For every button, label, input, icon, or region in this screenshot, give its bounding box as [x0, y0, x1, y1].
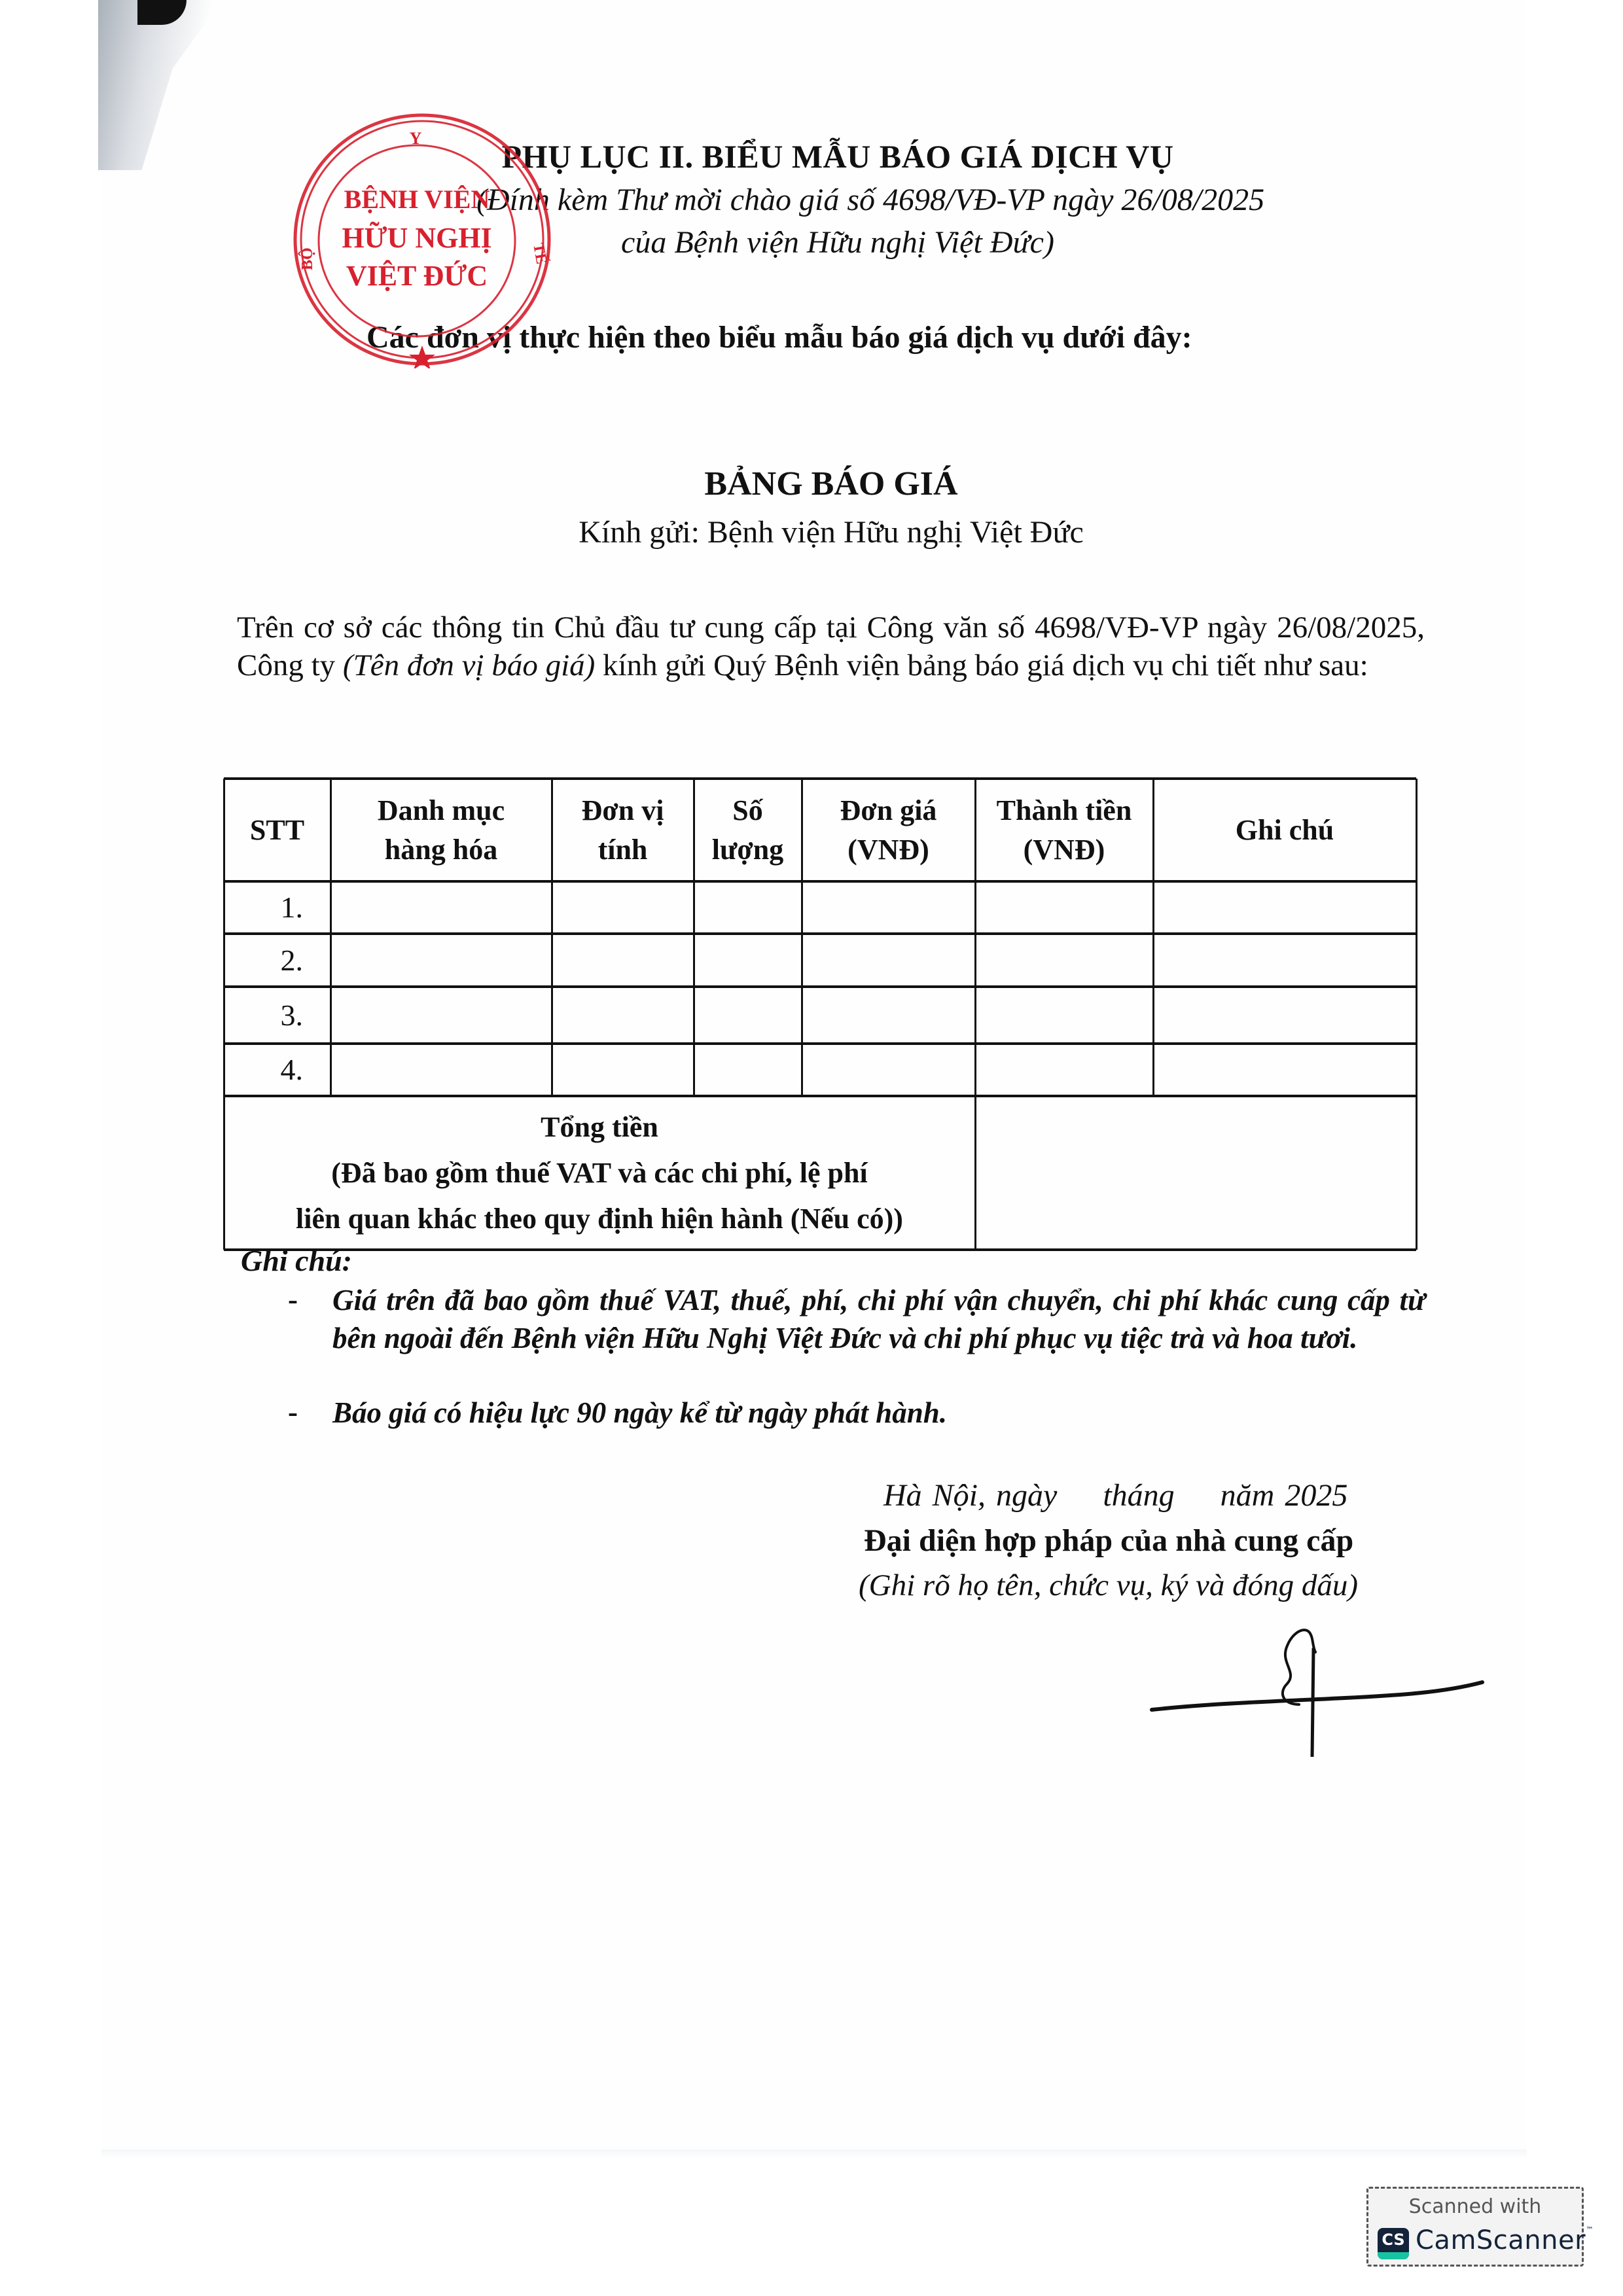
table-cell-unit-price[interactable]: [802, 1044, 975, 1096]
table-cell-note[interactable]: [1153, 881, 1416, 934]
svg-text:VIỆT ĐỨC: VIỆT ĐỨC: [346, 260, 488, 292]
camscanner-watermark: Scanned with CS CamScanner™: [1366, 2187, 1584, 2267]
row-number: 3.: [224, 987, 330, 1044]
table-cell-item[interactable]: [330, 934, 552, 987]
table-border: [224, 1095, 1416, 1097]
quotation-table: STTDanh mụchàng hóaĐơn vịtínhSốlượngĐơn …: [224, 779, 1416, 1250]
total-amount-cell[interactable]: [975, 1096, 1416, 1250]
intro-paragraph: Trên cơ sở các thông tin Chủ đầu tư cung…: [237, 609, 1425, 684]
attachment-line: (Đính kèm Thư mời chào giá số 4698/VĐ-VP…: [0, 182, 1623, 218]
table-border: [224, 985, 1416, 988]
greeting: Kính gửi: Bệnh viện Hữu nghị Việt Đức: [0, 514, 1623, 550]
year-label: năm 2025: [1221, 1478, 1348, 1513]
table-cell-unit[interactable]: [552, 881, 694, 934]
table-cell-amount[interactable]: [975, 934, 1153, 987]
svg-text:BỘ: BỘ: [299, 247, 316, 270]
table-cell-unit-price[interactable]: [802, 987, 975, 1044]
note-bullet: -: [288, 1395, 298, 1429]
column-header: Ghi chú: [1153, 779, 1416, 881]
note-bullet: -: [288, 1282, 298, 1316]
svg-text:Y: Y: [410, 129, 422, 148]
representative-instruction: (Ghi rõ họ tên, chức vụ, ký và đóng dấu): [859, 1568, 1358, 1603]
intro-text-2: kính gửi Quý Bệnh viện bảng báo giá dịch…: [595, 648, 1368, 682]
column-header: STT: [224, 779, 330, 881]
place-date-line: Hà Nội, ngàythángnăm 2025: [883, 1477, 1347, 1513]
row-number: 2.: [224, 934, 330, 987]
table-cell-unit[interactable]: [552, 1044, 694, 1096]
row-number: 4.: [224, 1044, 330, 1096]
table-cell-note[interactable]: [1153, 987, 1416, 1044]
table-cell-unit[interactable]: [552, 934, 694, 987]
scanned-with-label: Scanned with: [1368, 2195, 1582, 2218]
total-label: Tổng tiền(Đã bao gồm thuế VAT và các chi…: [224, 1096, 975, 1250]
quotation-title: BẢNG BÁO GIÁ: [0, 465, 1623, 503]
row-number: 1.: [224, 881, 330, 934]
table-cell-note[interactable]: [1153, 1044, 1416, 1096]
table-cell-item[interactable]: [330, 881, 552, 934]
column-header: Đơn vịtính: [552, 779, 694, 881]
stamp-seal-icon: Y BỘ TẾ BỆNH VIỆN HỮU NGHỊ VIỆT ĐỨC: [293, 110, 554, 368]
column-header: Thành tiền(VNĐ): [975, 779, 1153, 881]
company-name-placeholder: (Tên đơn vị báo giá): [343, 648, 595, 682]
table-cell-qty[interactable]: [694, 1044, 802, 1096]
table-border: [224, 1248, 1416, 1251]
table-cell-qty[interactable]: [694, 987, 802, 1044]
table-cell-amount[interactable]: [975, 1044, 1153, 1096]
appendix-title: PHỤ LỤC II. BIỂU MẪU BÁO GIÁ DỊCH VỤ: [0, 137, 1623, 175]
table-border: [224, 880, 1416, 883]
table-cell-amount[interactable]: [975, 987, 1153, 1044]
column-header: Đơn giá(VNĐ): [802, 779, 975, 881]
table-border: [693, 779, 695, 1096]
table-border: [974, 779, 976, 1250]
svg-text:HỮU NGHỊ: HỮU NGHỊ: [342, 221, 491, 254]
note-item: Giá trên đã bao gồm thuế VAT, thuế, phí,…: [332, 1281, 1425, 1357]
camscanner-logo-icon: CS: [1378, 2228, 1409, 2259]
table-cell-item[interactable]: [330, 987, 552, 1044]
table-cell-amount[interactable]: [975, 881, 1153, 934]
table-cell-qty[interactable]: [694, 881, 802, 934]
table-cell-unit[interactable]: [552, 987, 694, 1044]
table-cell-unit-price[interactable]: [802, 881, 975, 934]
camscanner-brand: CamScanner™: [1416, 2225, 1594, 2255]
table-cell-note[interactable]: [1153, 934, 1416, 987]
table-border: [1152, 779, 1154, 1096]
table-border: [330, 779, 332, 1096]
table-border: [551, 779, 553, 1096]
handwritten-signature-icon: [1149, 1606, 1489, 1757]
svg-text:TẾ: TẾ: [529, 241, 550, 265]
month-label: tháng: [1103, 1478, 1174, 1513]
table-cell-item[interactable]: [330, 1044, 552, 1096]
table-border: [223, 779, 225, 1250]
place-date-prefix: Hà Nội, ngày: [883, 1478, 1057, 1513]
table-border: [224, 1042, 1416, 1045]
table-cell-qty[interactable]: [694, 934, 802, 987]
table-border: [224, 777, 1416, 780]
note-item: Báo giá có hiệu lực 90 ngày kể từ ngày p…: [332, 1394, 1425, 1432]
column-header: Danh mụchàng hóa: [330, 779, 552, 881]
table-border: [801, 779, 803, 1096]
svg-text:BỆNH VIỆN: BỆNH VIỆN: [344, 185, 490, 214]
representative-title: Đại diện hợp pháp của nhà cung cấp: [864, 1523, 1353, 1559]
issuer-line: của Bệnh viện Hữu nghị Việt Đức): [0, 224, 1623, 260]
notes-label: Ghi chú:: [241, 1243, 352, 1278]
table-border: [224, 932, 1416, 935]
table-border: [1416, 779, 1418, 1250]
page-bottom-edge: [101, 2149, 1527, 2159]
hospital-stamp: Y BỘ TẾ BỆNH VIỆN HỮU NGHỊ VIỆT ĐỨC: [293, 110, 554, 368]
table-cell-unit-price[interactable]: [802, 934, 975, 987]
column-header: Sốlượng: [694, 779, 802, 881]
